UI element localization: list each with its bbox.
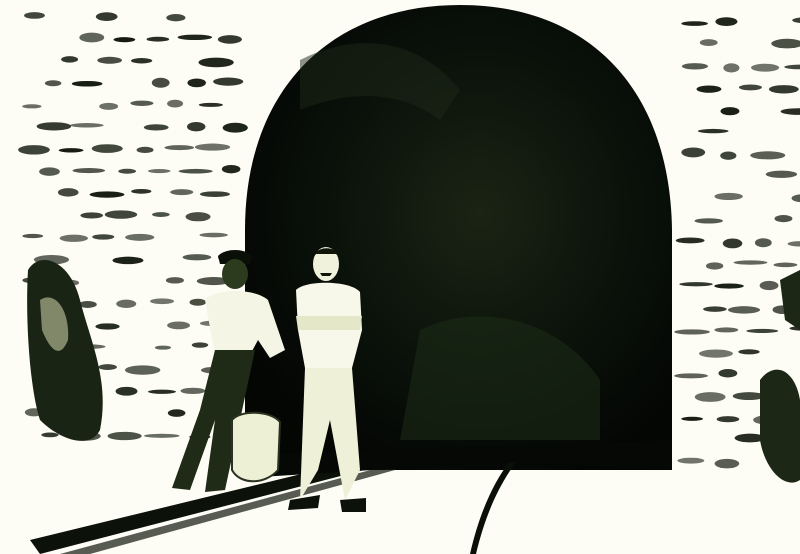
brick — [774, 263, 798, 268]
brick — [674, 329, 710, 334]
brick — [723, 63, 739, 72]
brick — [108, 432, 142, 440]
brick — [739, 84, 762, 90]
brick — [700, 39, 718, 46]
brick — [131, 58, 152, 63]
brick — [92, 144, 123, 153]
brick — [152, 212, 170, 217]
brick — [674, 373, 708, 378]
brick — [218, 35, 242, 44]
mustache — [320, 273, 332, 276]
brick — [45, 80, 61, 86]
brick — [199, 103, 223, 107]
brick — [22, 104, 41, 108]
head — [222, 259, 248, 289]
brick — [112, 257, 143, 264]
brick — [697, 85, 722, 92]
brick — [728, 306, 760, 313]
brick — [699, 349, 733, 357]
brick — [223, 123, 248, 133]
brick — [718, 369, 737, 377]
tunnel-photograph — [0, 0, 800, 554]
brick — [152, 78, 170, 88]
brick — [59, 148, 84, 152]
brick — [187, 122, 205, 131]
brick — [213, 78, 243, 86]
brick — [681, 147, 705, 157]
brick — [80, 212, 103, 218]
brick — [95, 323, 119, 329]
brick — [144, 124, 169, 130]
brick — [167, 321, 190, 329]
brick — [179, 169, 213, 174]
brick — [222, 165, 241, 173]
brick — [166, 277, 184, 283]
brick — [714, 193, 742, 200]
brick — [775, 215, 793, 222]
brick — [190, 299, 207, 306]
brick — [168, 409, 186, 417]
brick — [755, 238, 772, 247]
brick — [766, 171, 797, 178]
brick — [70, 123, 104, 127]
brick — [769, 85, 799, 93]
brick — [183, 254, 212, 260]
brick — [186, 212, 211, 221]
brick — [694, 218, 722, 223]
brick — [155, 346, 171, 350]
brick — [37, 122, 72, 130]
brick — [723, 239, 743, 249]
brick — [125, 234, 154, 241]
brick — [147, 37, 170, 42]
brick — [79, 33, 104, 43]
brick — [198, 58, 233, 68]
brick — [22, 234, 43, 238]
brick — [677, 458, 704, 464]
brick — [61, 56, 78, 62]
brick — [90, 191, 125, 197]
brick — [18, 145, 50, 154]
brick — [137, 147, 154, 153]
brick — [679, 282, 712, 286]
brick — [733, 260, 767, 264]
brick — [96, 12, 118, 21]
brick — [698, 129, 729, 133]
brick — [760, 281, 779, 290]
brick — [165, 145, 195, 150]
brick — [116, 387, 138, 396]
basket — [232, 413, 280, 482]
brick — [200, 191, 230, 197]
brick — [118, 169, 136, 174]
brick — [720, 151, 736, 159]
brick — [714, 327, 738, 332]
brick — [148, 169, 171, 173]
brick — [150, 298, 174, 304]
brick — [703, 306, 726, 311]
brick — [695, 392, 726, 402]
brick — [682, 63, 708, 69]
brick — [717, 416, 740, 422]
brick — [738, 349, 759, 354]
brick — [166, 14, 185, 21]
brick — [72, 168, 105, 173]
brick — [24, 12, 45, 19]
brick — [130, 101, 153, 106]
brick — [715, 459, 740, 468]
brick — [72, 81, 103, 87]
brick — [199, 233, 227, 238]
brick — [98, 364, 117, 370]
brick — [167, 100, 183, 108]
brick — [92, 234, 114, 239]
brick — [170, 189, 193, 195]
brick — [125, 365, 160, 374]
brick — [751, 64, 779, 72]
brick — [681, 21, 708, 26]
brick — [750, 151, 785, 159]
brick — [178, 35, 213, 40]
brick — [97, 57, 122, 64]
brick — [144, 434, 180, 438]
brick — [181, 388, 206, 394]
brick — [195, 144, 230, 151]
brick — [715, 17, 737, 26]
brick — [114, 37, 136, 42]
brick — [41, 433, 58, 438]
brick — [148, 390, 176, 394]
brick — [60, 235, 88, 242]
brick — [131, 189, 151, 194]
brick — [721, 107, 740, 115]
brick — [746, 329, 778, 333]
brick — [714, 283, 744, 288]
crossed-arms — [296, 316, 362, 330]
brick — [105, 210, 138, 218]
brick — [681, 417, 703, 421]
brick — [706, 262, 723, 269]
brick — [676, 238, 705, 244]
brick — [192, 342, 208, 347]
shoes — [340, 498, 366, 512]
brick — [99, 103, 118, 110]
brick — [58, 188, 79, 196]
brick — [116, 300, 136, 308]
brick — [187, 78, 206, 87]
brick — [39, 167, 60, 175]
